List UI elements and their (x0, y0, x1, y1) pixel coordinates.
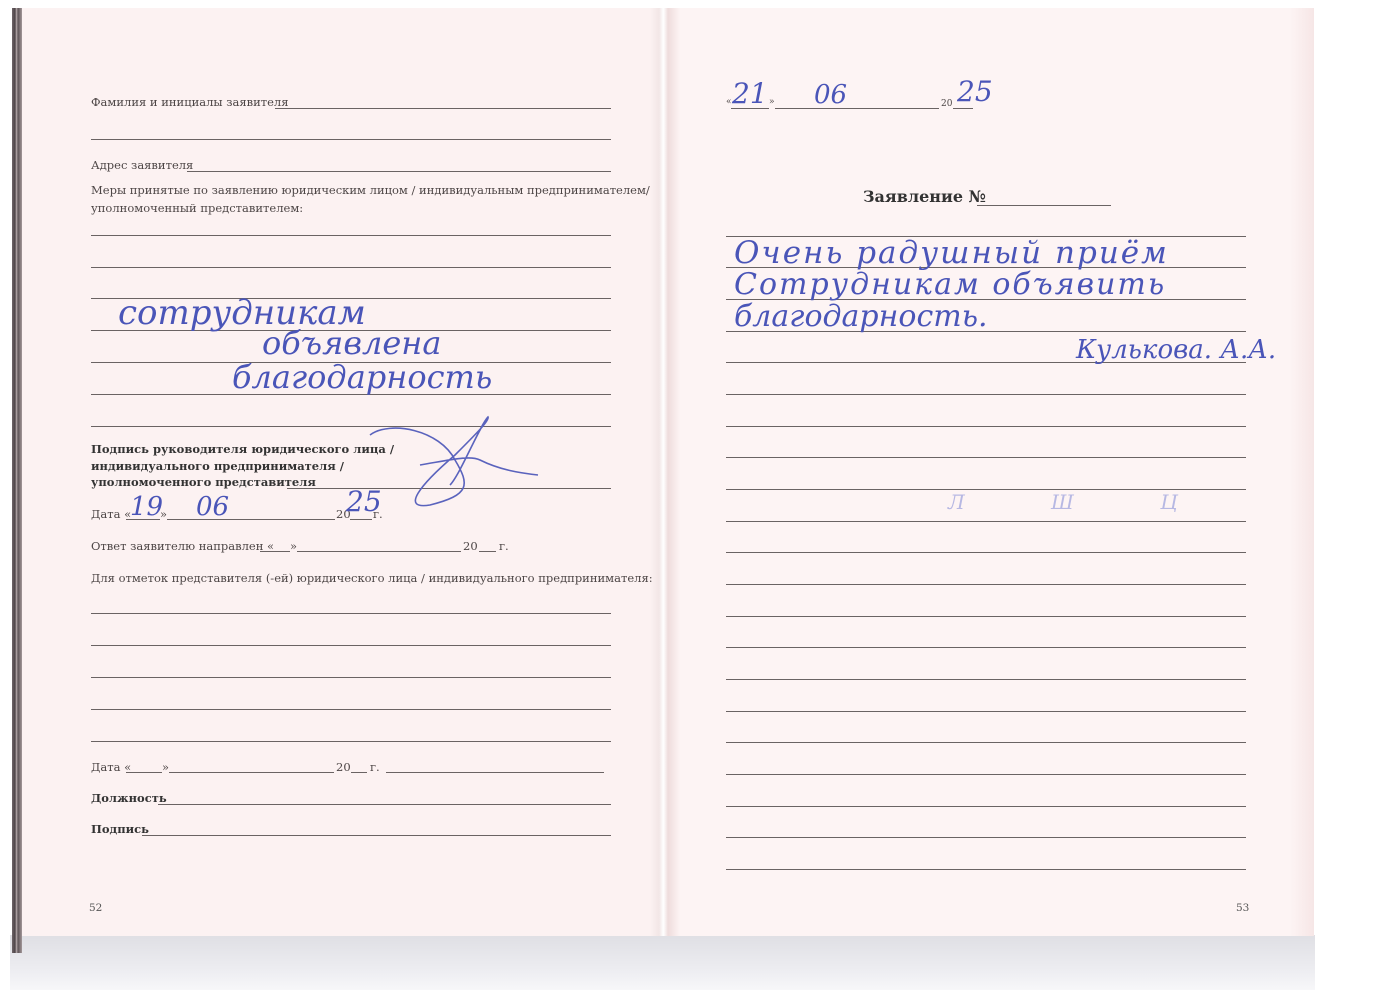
notes-line[interactable] (91, 645, 611, 646)
right-page (667, 8, 1314, 936)
date-open-quote: « (726, 98, 732, 107)
bottom-date-month-field[interactable] (169, 772, 334, 773)
handwritten-measures-line3: благодарность (232, 361, 492, 393)
application-line[interactable] (726, 837, 1246, 838)
notes-line[interactable] (91, 741, 611, 742)
application-line[interactable] (726, 711, 1246, 712)
application-line[interactable] (726, 426, 1246, 427)
page-number-right: 53 (1236, 902, 1249, 914)
bottom-date-extra-field[interactable] (386, 772, 604, 773)
bottom-date-year-field[interactable] (351, 772, 367, 773)
date-month-field[interactable] (167, 519, 335, 520)
position-field[interactable] (158, 804, 611, 805)
application-line[interactable] (726, 584, 1246, 585)
measures-label-line1: Меры принятые по заявлению юридическим л… (91, 185, 650, 197)
notes-line[interactable] (91, 709, 611, 710)
handwritten-application-line2: Сотрудникам объявить (734, 270, 1166, 300)
handwritten-application-line3: благодарность. (734, 302, 988, 332)
date-close-quote: » (769, 98, 775, 107)
right-date-year-field[interactable] (953, 108, 973, 109)
signature-field[interactable] (142, 835, 611, 836)
bottom-date-day-field[interactable] (126, 772, 162, 773)
ink-bleed-marks: Л Ш Ц (948, 492, 1218, 512)
reply-day-field[interactable] (260, 551, 290, 552)
page-number-left: 52 (89, 902, 102, 914)
book-edge (12, 8, 22, 953)
reply-close-quote: » (290, 541, 297, 553)
measures-label-line2: уполномоченный представителем: (91, 203, 303, 215)
signature-label: Подпись (91, 824, 149, 836)
application-number-field[interactable] (977, 205, 1111, 206)
applicant-address-label: Адрес заявителя (91, 160, 193, 172)
page-edge (1290, 8, 1314, 936)
applicant-name-field-2[interactable] (91, 139, 611, 140)
reply-year-prefix: 20 (463, 541, 478, 553)
handwritten-date-year: 25 (346, 488, 382, 516)
application-line[interactable] (726, 774, 1246, 775)
application-line[interactable] (726, 679, 1246, 680)
scan-background (10, 935, 1315, 990)
application-line[interactable] (726, 616, 1246, 617)
application-line[interactable] (726, 394, 1246, 395)
applicant-name-field[interactable] (275, 108, 611, 109)
notes-line[interactable] (91, 677, 611, 678)
application-line[interactable] (726, 457, 1246, 458)
date-year-field[interactable] (350, 519, 372, 520)
application-line[interactable] (726, 521, 1246, 522)
application-line[interactable] (726, 742, 1246, 743)
reply-suffix: г. (499, 541, 509, 553)
handwritten-date-month: 06 (196, 494, 229, 520)
reply-label: Ответ заявителю направлен « (91, 541, 274, 553)
handwritten-date-day: 19 (130, 494, 163, 520)
right-date-month-field[interactable] (775, 108, 939, 109)
reply-month-field[interactable] (297, 551, 461, 552)
measures-line[interactable] (91, 235, 611, 236)
book-spine (650, 8, 680, 936)
application-line[interactable] (726, 806, 1246, 807)
signature-scrawl (360, 415, 540, 510)
applicant-name-label: Фамилия и инициалы заявителя (91, 97, 289, 109)
head-signature-label-line1: Подпись руководителя юридического лица / (91, 444, 394, 456)
notes-line[interactable] (91, 613, 611, 614)
position-label: Должность (91, 793, 167, 805)
application-line[interactable] (726, 647, 1246, 648)
application-line[interactable] (726, 552, 1246, 553)
bottom-date-suffix: г. (370, 762, 380, 774)
handwritten-right-day: 21 (732, 80, 768, 108)
applicant-address-field[interactable] (187, 171, 611, 172)
handwritten-author-name: Кулькова. А.А. (1076, 337, 1276, 363)
handwritten-application-line1: Очень радушный приём (734, 238, 1169, 269)
application-title: Заявление № (863, 187, 986, 206)
handwritten-measures-line2: объявлена (262, 327, 441, 359)
bottom-date-year-prefix: 20 (336, 762, 351, 774)
reply-year-field[interactable] (479, 551, 496, 552)
handwritten-right-month: 06 (814, 82, 847, 108)
application-line[interactable] (726, 869, 1246, 870)
measures-line[interactable] (91, 267, 611, 268)
bottom-date-close-quote: » (162, 762, 169, 774)
notes-label: Для отметок представителя (-ей) юридичес… (91, 573, 653, 585)
handwritten-right-year: 25 (957, 78, 993, 106)
head-signature-label-line2: индивидуального предпринимателя / (91, 461, 344, 473)
head-signature-label-line3: уполномоченного представителя (91, 477, 316, 489)
date-year-prefix: 20 (941, 100, 952, 109)
